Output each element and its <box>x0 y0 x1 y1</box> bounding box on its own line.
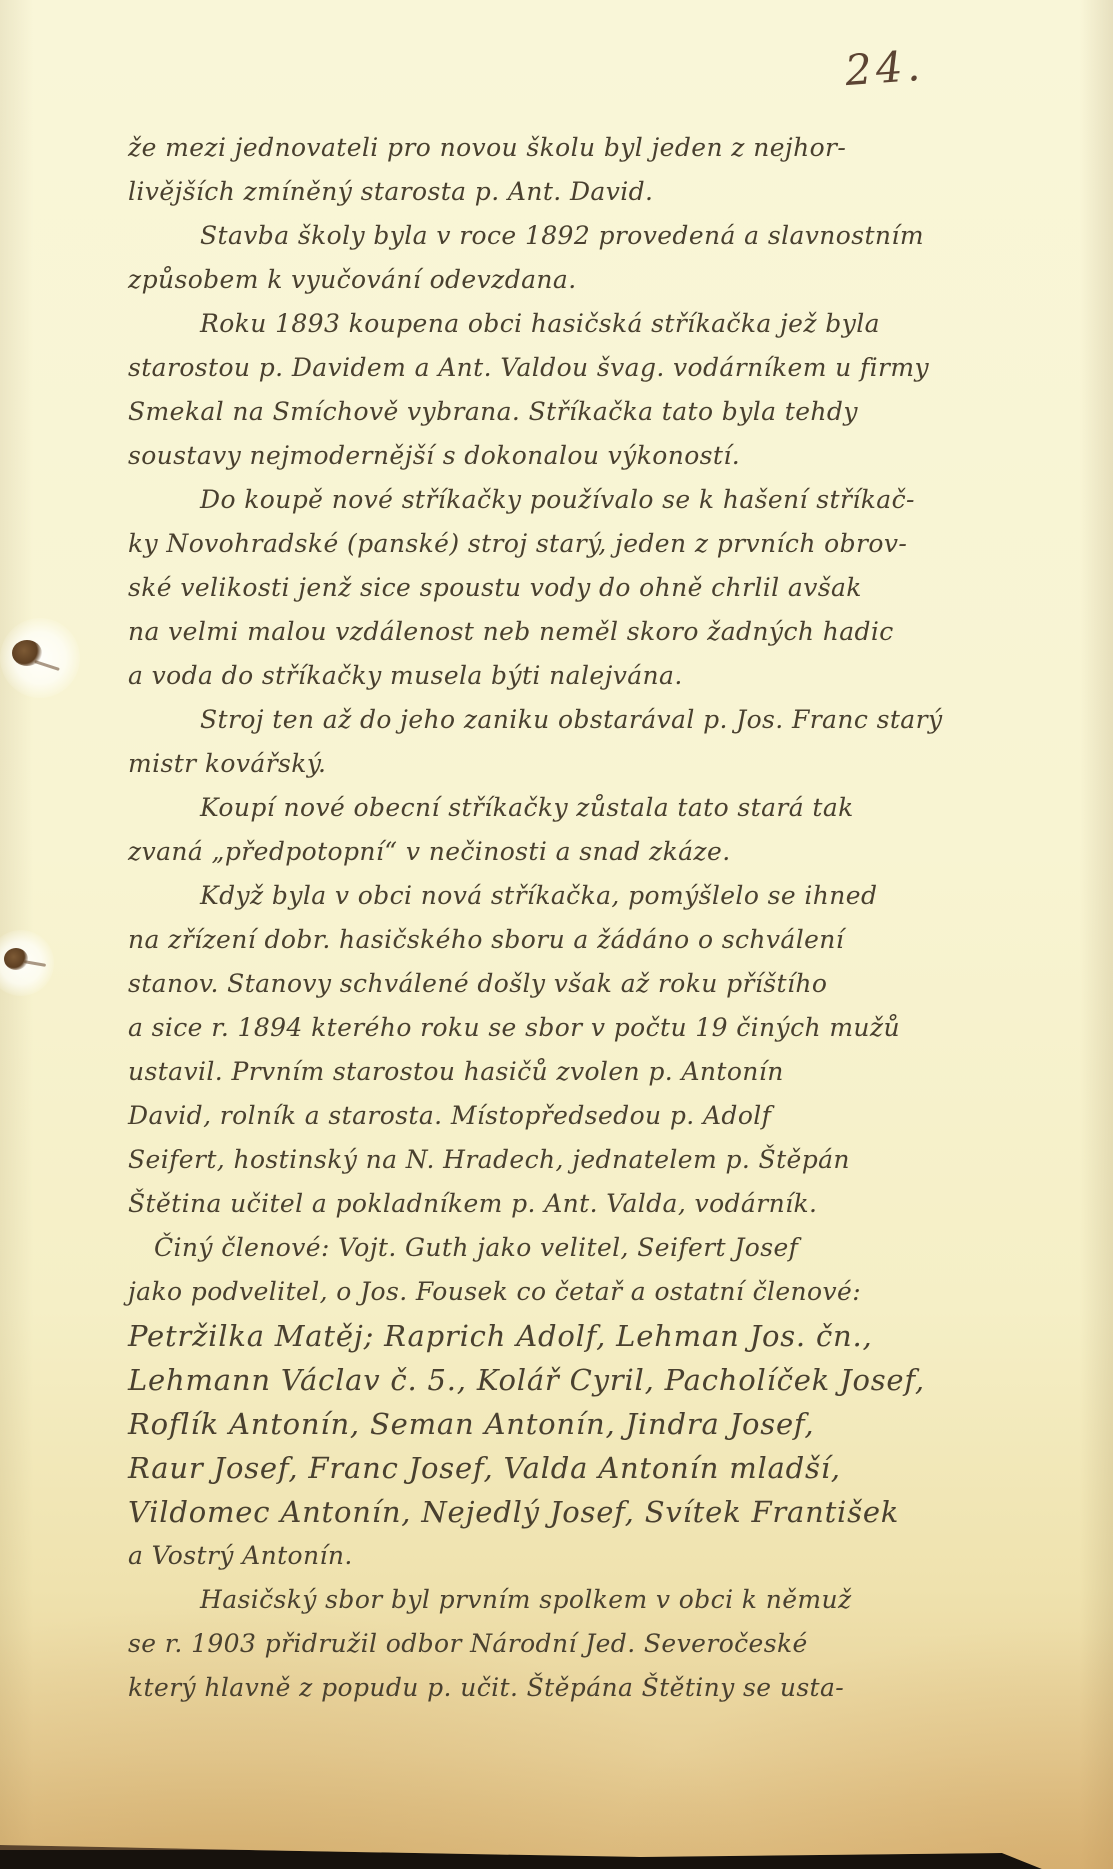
text-line: Koupí nové obecní stříkačky zůstala tato… <box>128 786 1008 830</box>
page-number: 24. <box>843 38 966 95</box>
text-line: soustavy nejmodernější s dokonalou výkon… <box>128 434 1008 478</box>
text-line: Vildomec Antonín, Nejedlý Josef, Svítek … <box>128 1490 1008 1534</box>
text-line: Petržilka Matěj; Raprich Adolf, Lehman J… <box>128 1314 1008 1358</box>
text-line: a Vostrý Antonín. <box>128 1534 1008 1578</box>
text-line: Roflík Antonín, Seman Antonín, Jindra Jo… <box>128 1402 1008 1446</box>
text-line: zvaná „předpotopní“ v nečinosti a snad z… <box>128 830 1008 874</box>
text-line: a voda do stříkačky musela býti nalejván… <box>128 654 1008 698</box>
text-line: Stavba školy byla v roce 1892 provedená … <box>128 214 1008 258</box>
text-line: se r. 1903 přidružil odbor Národní Jed. … <box>128 1622 1008 1666</box>
text-line: na velmi malou vzdálenost neb neměl skor… <box>128 610 1008 654</box>
text-line: že mezi jednovateli pro novou školu byl … <box>128 126 1008 170</box>
text-line: mistr kovářský. <box>128 742 1008 786</box>
text-line: a sice r. 1894 kterého roku se sbor v po… <box>128 1006 1008 1050</box>
text-line: starostou p. Davidem a Ant. Valdou švag.… <box>128 346 1008 390</box>
text-line: Seifert, hostinský na N. Hradech, jednat… <box>128 1138 1008 1182</box>
text-line: Raur Josef, Franc Josef, Valda Antonín m… <box>128 1446 1008 1490</box>
text-line: Štětina učitel a pokladníkem p. Ant. Val… <box>128 1182 1008 1226</box>
text-line: livějších zmíněný starosta p. Ant. David… <box>128 170 1008 214</box>
handwritten-text-block: že mezi jednovateli pro novou školu byl … <box>128 126 1008 1710</box>
scanned-chronicle-page: 24. že mezi jednovateli pro novou školu … <box>0 0 1113 1869</box>
text-line: David, rolník a starosta. Místopředsedou… <box>128 1094 1008 1138</box>
text-line: Roku 1893 koupena obci hasičská stříkačk… <box>128 302 1008 346</box>
text-line: ustavil. Prvním starostou hasičů zvolen … <box>128 1050 1008 1094</box>
text-line: ky Novohradské (panské) stroj starý, jed… <box>128 522 1008 566</box>
text-line: ské velikosti jenž sice spoustu vody do … <box>128 566 1008 610</box>
text-line: který hlavně z popudu p. učit. Štěpána Š… <box>128 1666 1008 1710</box>
text-line: Když byla v obci nová stříkačka, pomýšle… <box>128 874 1008 918</box>
text-line: Smekal na Smíchově vybrana. Stříkačka ta… <box>128 390 1008 434</box>
text-line: Do koupě nové stříkačky používalo se k h… <box>128 478 1008 522</box>
text-line: na zřízení dobr. hasičského sboru a žádá… <box>128 918 1008 962</box>
text-line: stanov. Stanovy schválené došly však až … <box>128 962 1008 1006</box>
text-line: jako podvelitel, o Jos. Fousek co četař … <box>128 1270 1008 1314</box>
text-line: způsobem k vyučování odevzdana. <box>128 258 1008 302</box>
text-line: Stroj ten až do jeho zaniku obstarával p… <box>128 698 1008 742</box>
binding-hole-icon <box>4 948 28 970</box>
text-line: Hasičský sbor byl prvním spolkem v obci … <box>128 1578 1008 1622</box>
text-line: Činý členové: Vojt. Guth jako velitel, S… <box>128 1226 1008 1270</box>
text-line: Lehmann Václav č. 5., Kolář Cyril, Pacho… <box>128 1358 1008 1402</box>
